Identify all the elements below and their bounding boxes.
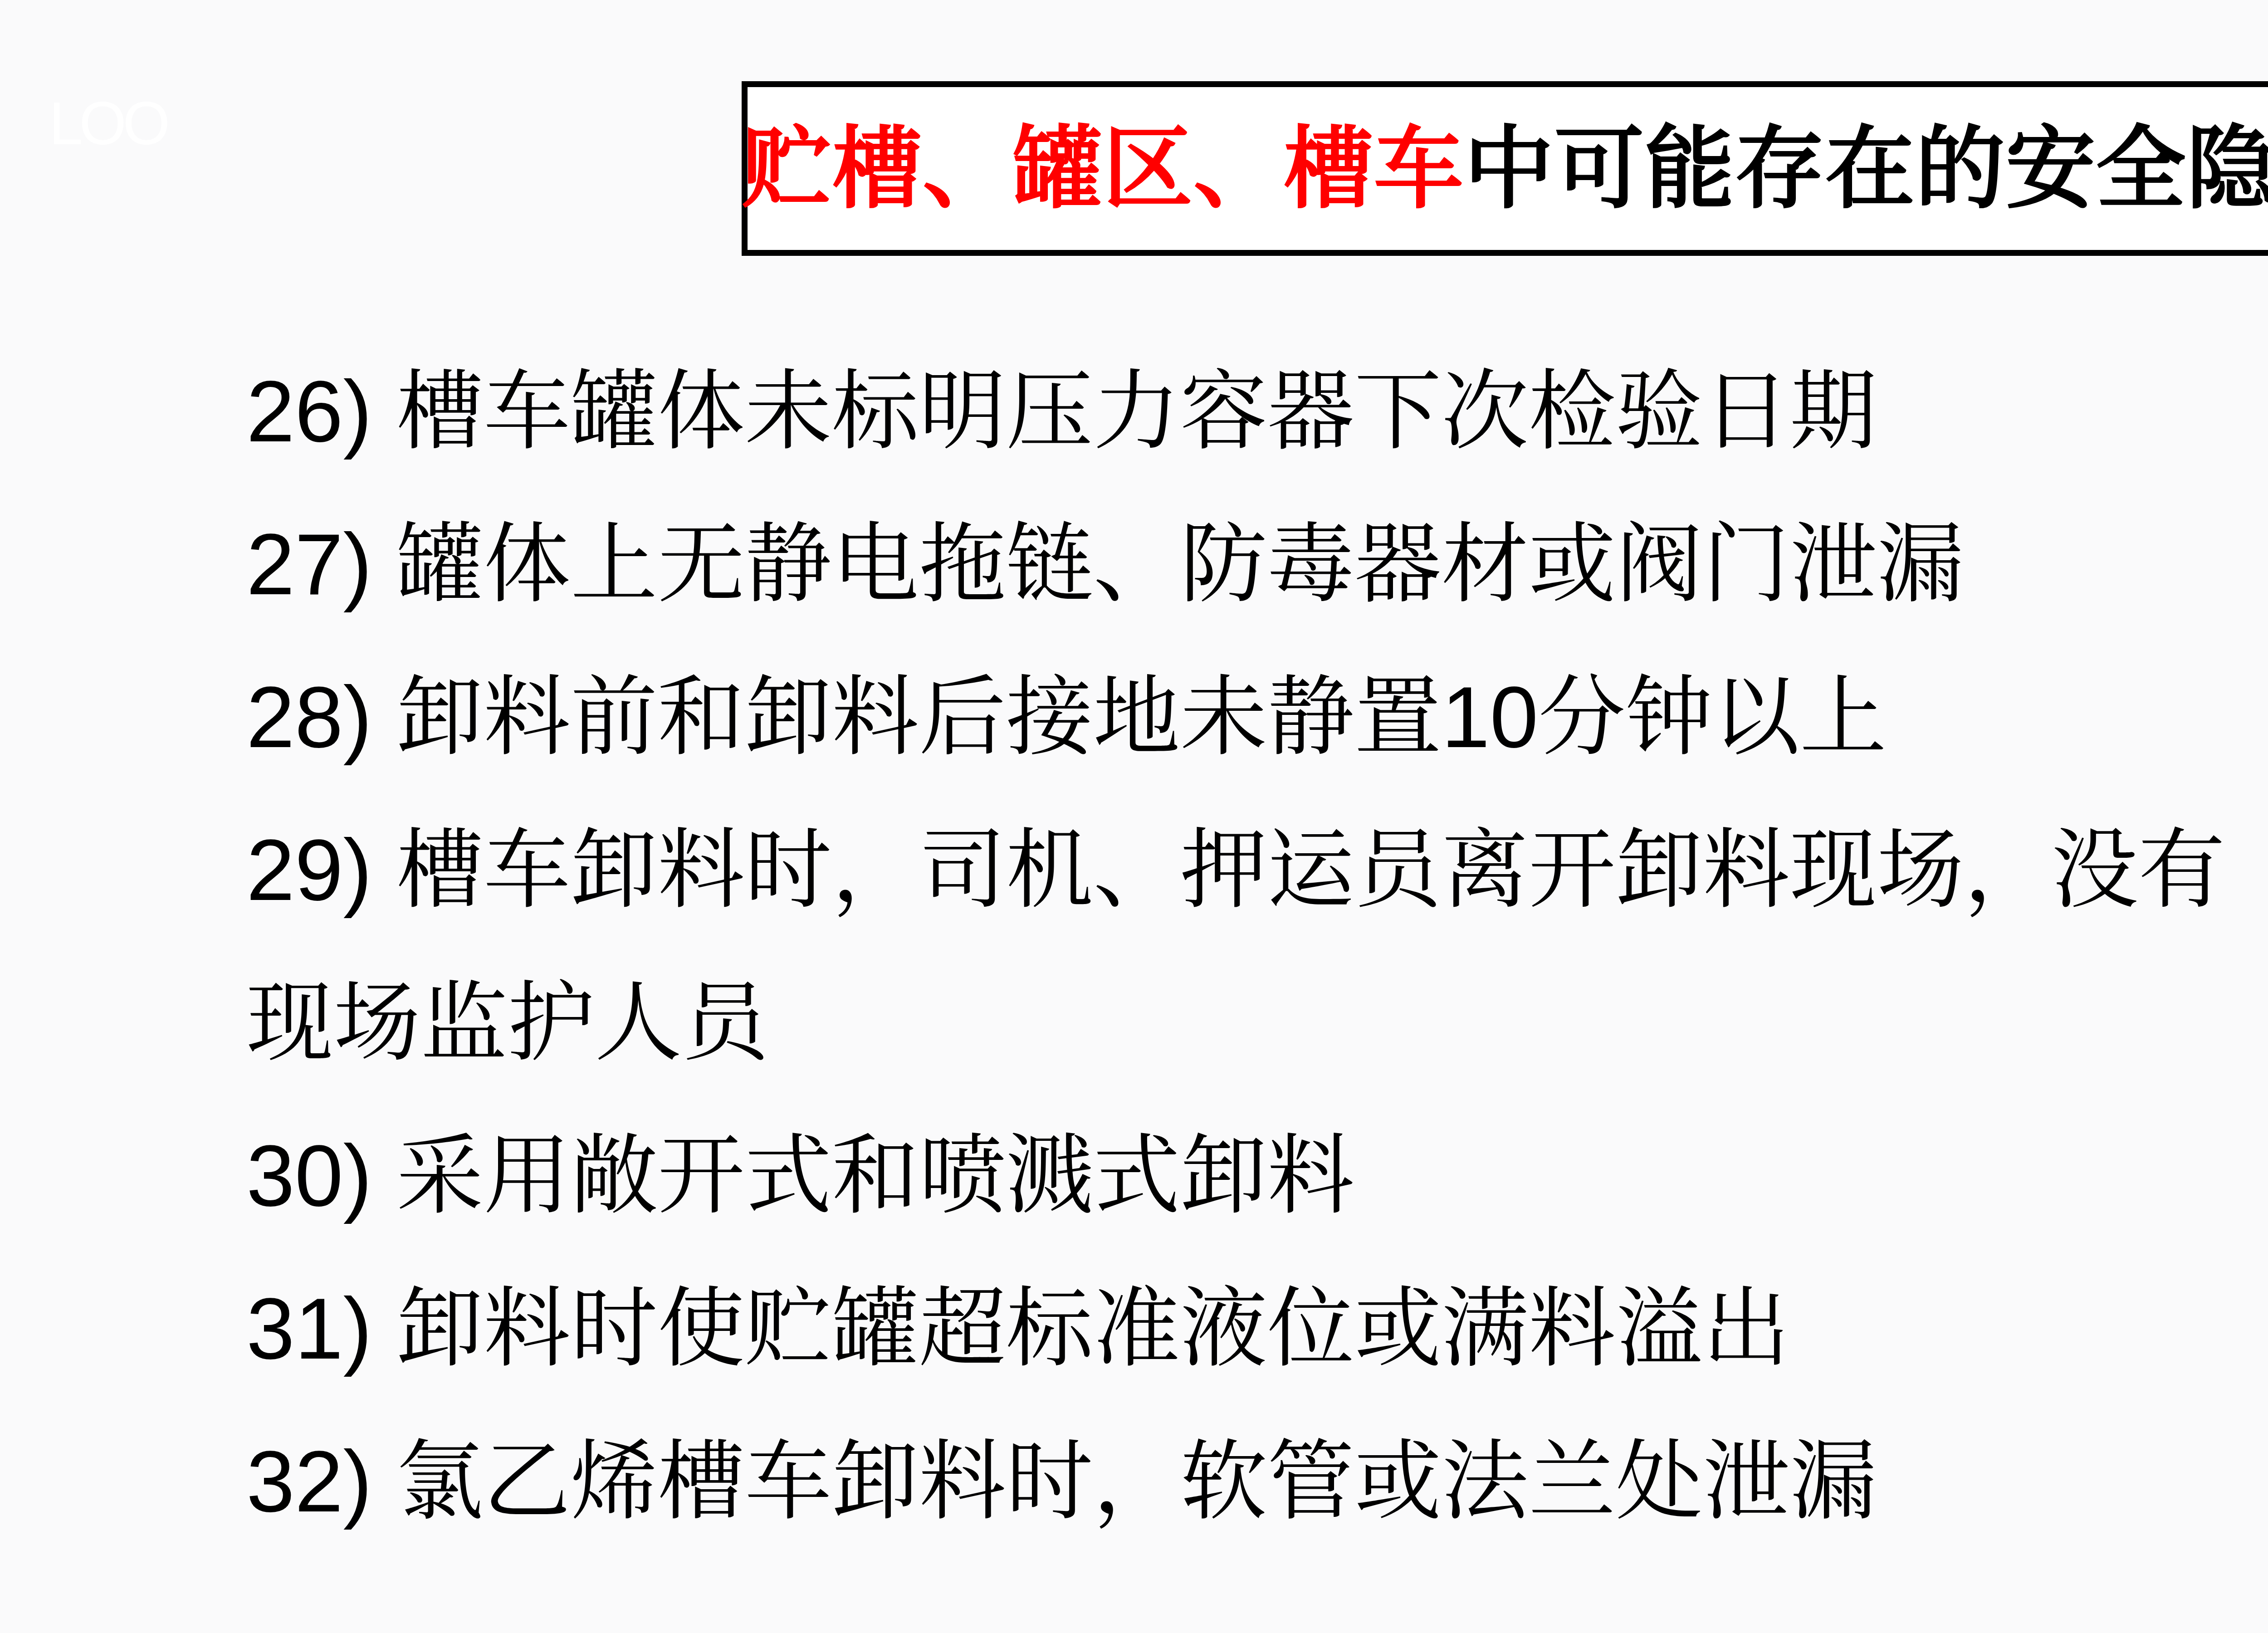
list-item-32: 32) 氯乙烯槽车卸料时，软管或法兰处泄漏 (246, 1405, 2268, 1558)
list-item-31: 31) 卸料时使贮罐超标准液位或满料溢出 (246, 1252, 2268, 1405)
logo-text: LOO (49, 93, 166, 154)
list-item-26: 26) 槽车罐体未标明压力容器下次检验日期 (246, 335, 2268, 488)
list-item-29: 29) 槽车卸料时，司机、押运员离开卸料现场，没有 (246, 793, 2268, 946)
title-rest: 中可能存在的安全隐患 (1464, 118, 2268, 219)
presentation-slide: LOO (0, 0, 2268, 1633)
hazard-list: 26) 槽车罐体未标明压力容器下次检验日期 27) 罐体上无静电拖链、防毒器材或… (246, 335, 2268, 1558)
page-title: 贮槽、罐区、槽车中可能存在的安全隐患 (742, 124, 2268, 214)
list-item-27: 27) 罐体上无静电拖链、防毒器材或阀门泄漏 (246, 488, 2268, 640)
list-item-28: 28) 卸料前和卸料后接地未静置10分钟以上 (246, 640, 2268, 793)
title-highlight: 贮槽、罐区、槽车 (742, 118, 1464, 219)
list-item-29-continuation: 现场监护人员 (246, 946, 2268, 1099)
list-item-30: 30) 采用敞开式和喷溅式卸料 (246, 1099, 2268, 1252)
title-box: 贮槽、罐区、槽车中可能存在的安全隐患 (742, 81, 2268, 256)
